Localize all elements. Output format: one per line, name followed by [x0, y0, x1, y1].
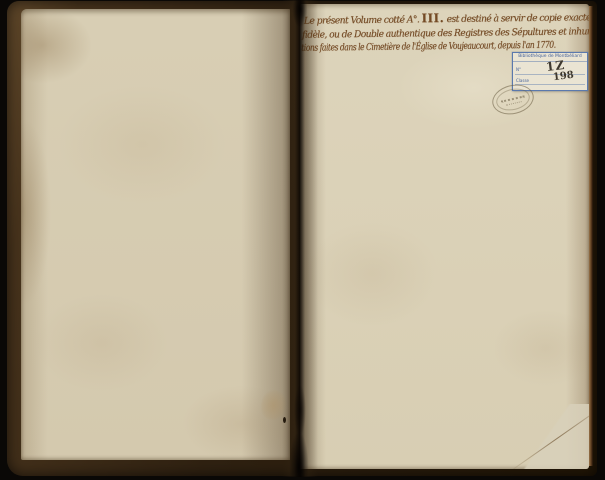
volume-number: III.: [421, 11, 444, 25]
handwritten-cote-number: 198: [552, 71, 574, 83]
page-block-fore-edge: [589, 6, 593, 466]
inscription-line1-post: est destiné à servir de copie exacte et: [444, 12, 589, 25]
label-rule-line: [515, 84, 585, 85]
label-field-number: N°: [516, 67, 521, 72]
oval-stamp-inner: [494, 85, 532, 113]
ink-fleck: [283, 417, 286, 423]
right-page: Le présent Volume cotté A°. III. est des…: [300, 4, 589, 469]
scanned-register-photo: Le présent Volume cotté A°. III. est des…: [0, 0, 605, 480]
label-rule-line: [515, 74, 585, 75]
label-field-class: Classe: [516, 78, 529, 83]
left-page: [21, 9, 290, 460]
page-corner-underlay: [505, 404, 589, 469]
inscription-line-3: tions faites dans le Cimetière de l'Égli…: [301, 39, 531, 55]
manuscript-inscription: Le présent Volume cotté A°. III. est des…: [304, 10, 588, 55]
inscription-line1-pre: Le présent Volume cotté A°.: [304, 14, 422, 26]
